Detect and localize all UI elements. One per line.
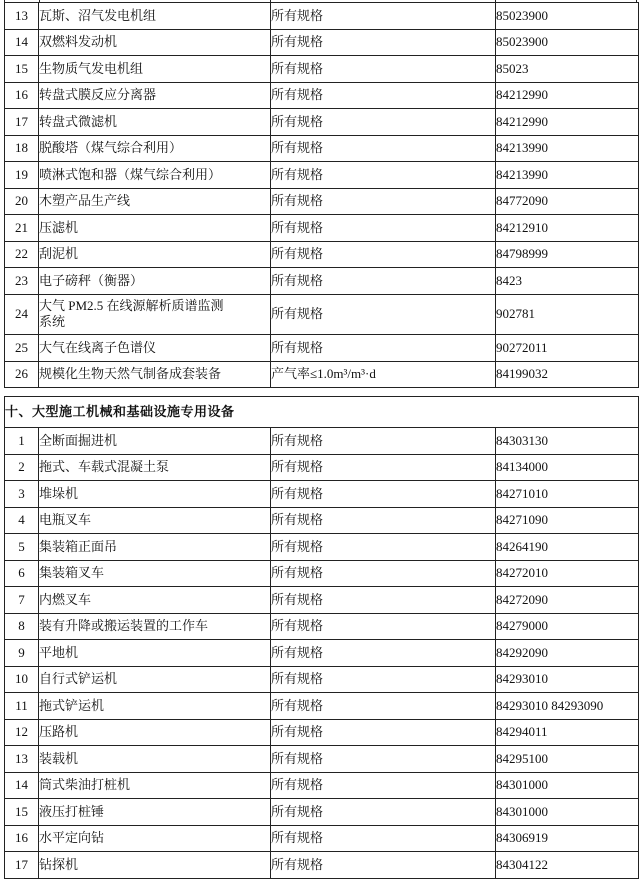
equipment-name-cell: 双燃料发动机 [39, 29, 271, 56]
equipment-name-cell: 内燃叉车 [39, 587, 271, 614]
row-number-cell: 11 [5, 693, 39, 720]
hs-code-cell: 84301000 [496, 772, 639, 799]
equipment-name-cell: 装有升降或搬运装置的工作车 [39, 613, 271, 640]
row-number-cell: 7 [5, 587, 39, 614]
equipment-name-cell: 钻探机 [39, 852, 271, 879]
table-row: 13 瓦斯、沼气发电机组 所有规格 85023900 [5, 3, 639, 30]
hs-code-cell: 84272090 [496, 587, 639, 614]
row-number-cell: 5 [5, 534, 39, 561]
equipment-name-cell: 装载机 [39, 746, 271, 773]
spec-cell: 所有规格 [271, 640, 496, 667]
hs-code-cell: 84212990 [496, 82, 639, 109]
row-number-cell: 20 [5, 188, 39, 215]
hs-code-cell: 84271090 [496, 507, 639, 534]
equipment-name-cell: 集装箱正面吊 [39, 534, 271, 561]
hs-code-cell: 85023900 [496, 29, 639, 56]
spec-cell: 所有规格 [271, 799, 496, 826]
table-row: 12 压路机 所有规格 84294011 [5, 719, 639, 746]
table-row: 1 全断面掘进机 所有规格 84303130 [5, 428, 639, 455]
hs-code-cell: 84199032 [496, 361, 639, 388]
hs-code-cell: 84212910 [496, 215, 639, 242]
row-number-cell: 14 [5, 29, 39, 56]
spec-cell: 所有规格 [271, 613, 496, 640]
table-row: 11 拖式铲运机 所有规格 84293010 84293090 [5, 693, 639, 720]
equipment-name-cell: 刮泥机 [39, 241, 271, 268]
row-number-cell: 6 [5, 560, 39, 587]
equipment-table-upper: 13 瓦斯、沼气发电机组 所有规格 85023900 14 双燃料发动机 所有规… [4, 2, 639, 388]
row-number-cell: 25 [5, 335, 39, 362]
table-row: 25 大气在线离子色谱仪 所有规格 90272011 [5, 335, 639, 362]
row-number-cell: 9 [5, 640, 39, 667]
spec-cell: 所有规格 [271, 746, 496, 773]
row-number-cell: 22 [5, 241, 39, 268]
equipment-name-cell: 转盘式微滤机 [39, 109, 271, 136]
row-number-cell: 17 [5, 109, 39, 136]
row-number-cell: 14 [5, 772, 39, 799]
hs-code-cell: 84271010 [496, 481, 639, 508]
equipment-name-cell: 规模化生物天然气制备成套装备 [39, 361, 271, 388]
spec-cell: 所有规格 [271, 719, 496, 746]
row-number-cell: 2 [5, 454, 39, 481]
row-number-cell: 4 [5, 507, 39, 534]
equipment-name-cell: 筒式柴油打桩机 [39, 772, 271, 799]
hs-code-cell: 85023 [496, 56, 639, 83]
spec-cell: 所有规格 [271, 135, 496, 162]
spec-cell: 所有规格 [271, 507, 496, 534]
row-number-cell: 21 [5, 215, 39, 242]
equipment-name-cell: 生物质气发电机组 [39, 56, 271, 83]
spec-cell: 所有规格 [271, 852, 496, 879]
equipment-name-cell: 电子磅秤（衡器） [39, 268, 271, 295]
spec-cell: 所有规格 [271, 587, 496, 614]
hs-code-cell: 84306919 [496, 825, 639, 852]
table-row: 20 木塑产品生产线 所有规格 84772090 [5, 188, 639, 215]
equipment-name-cell: 大气 PM2.5 在线源解析质谱监测 系统 [39, 294, 271, 335]
hs-code-cell: 84301000 [496, 799, 639, 826]
equipment-name-cell: 电瓶叉车 [39, 507, 271, 534]
row-number-cell: 23 [5, 268, 39, 295]
spec-cell: 所有规格 [271, 241, 496, 268]
table-row: 4 电瓶叉车 所有规格 84271090 [5, 507, 639, 534]
table-row: 15 液压打桩锤 所有规格 84301000 [5, 799, 639, 826]
table-row: 17 钻探机 所有规格 84304122 [5, 852, 639, 879]
table-row: 13 装载机 所有规格 84295100 [5, 746, 639, 773]
equipment-name-cell: 转盘式膜反应分离器 [39, 82, 271, 109]
equipment-name-cell: 拖式、车载式混凝土泵 [39, 454, 271, 481]
equipment-name-cell: 自行式铲运机 [39, 666, 271, 693]
equipment-name-cell: 水平定向钻 [39, 825, 271, 852]
row-number-cell: 17 [5, 852, 39, 879]
hs-code-cell: 8423 [496, 268, 639, 295]
equipment-name-cell: 液压打桩锤 [39, 799, 271, 826]
table-row: 6 集装箱叉车 所有规格 84272010 [5, 560, 639, 587]
hs-code-cell: 85023900 [496, 3, 639, 30]
hs-code-cell: 84279000 [496, 613, 639, 640]
spec-cell: 所有规格 [271, 428, 496, 455]
table-row: 21 压滤机 所有规格 84212910 [5, 215, 639, 242]
table-row: 3 堆垛机 所有规格 84271010 [5, 481, 639, 508]
row-number-cell: 3 [5, 481, 39, 508]
hs-code-cell: 84212990 [496, 109, 639, 136]
table-row: 9 平地机 所有规格 84292090 [5, 640, 639, 667]
hs-code-cell: 84303130 [496, 428, 639, 455]
hs-code-cell: 84213990 [496, 135, 639, 162]
spec-cell: 所有规格 [271, 772, 496, 799]
spec-cell: 所有规格 [271, 56, 496, 83]
row-number-cell: 24 [5, 294, 39, 335]
spec-cell: 所有规格 [271, 29, 496, 56]
equipment-name-cell: 瓦斯、沼气发电机组 [39, 3, 271, 30]
table-row: 14 双燃料发动机 所有规格 85023900 [5, 29, 639, 56]
spec-cell: 所有规格 [271, 560, 496, 587]
spec-cell: 所有规格 [271, 82, 496, 109]
hs-code-cell: 902781 [496, 294, 639, 335]
spec-cell: 所有规格 [271, 693, 496, 720]
hs-code-cell: 90272011 [496, 335, 639, 362]
equipment-name-cell: 压滤机 [39, 215, 271, 242]
equipment-name-cell: 拖式铲运机 [39, 693, 271, 720]
hs-code-cell: 84264190 [496, 534, 639, 561]
spec-cell: 所有规格 [271, 294, 496, 335]
row-number-cell: 16 [5, 825, 39, 852]
row-number-cell: 18 [5, 135, 39, 162]
hs-code-cell: 84772090 [496, 188, 639, 215]
spec-cell: 所有规格 [271, 3, 496, 30]
row-number-cell: 15 [5, 56, 39, 83]
table-row: 18 脱酸塔（煤气综合利用） 所有规格 84213990 [5, 135, 639, 162]
row-number-cell: 16 [5, 82, 39, 109]
spec-cell: 所有规格 [271, 188, 496, 215]
row-number-cell: 13 [5, 746, 39, 773]
table-row: 10 自行式铲运机 所有规格 84293010 [5, 666, 639, 693]
hs-code-cell: 84272010 [496, 560, 639, 587]
spec-cell: 所有规格 [271, 109, 496, 136]
spec-cell: 所有规格 [271, 268, 496, 295]
equipment-name-cell: 大气在线离子色谱仪 [39, 335, 271, 362]
table-row: 15 生物质气发电机组 所有规格 85023 [5, 56, 639, 83]
hs-code-cell: 84294011 [496, 719, 639, 746]
equipment-name-cell: 堆垛机 [39, 481, 271, 508]
table-row: 8 装有升降或搬运装置的工作车 所有规格 84279000 [5, 613, 639, 640]
spec-cell: 所有规格 [271, 825, 496, 852]
hs-code-cell: 84304122 [496, 852, 639, 879]
table-row: 24 大气 PM2.5 在线源解析质谱监测 系统 所有规格 902781 [5, 294, 639, 335]
section-header-row: 十、大型施工机械和基础设施专用设备 [5, 397, 639, 428]
table-row: 26 规模化生物天然气制备成套装备 产气率≤1.0m³/m³·d 8419903… [5, 361, 639, 388]
spec-cell: 所有规格 [271, 215, 496, 242]
table-row: 23 电子磅秤（衡器） 所有规格 8423 [5, 268, 639, 295]
table-row: 22 刮泥机 所有规格 84798999 [5, 241, 639, 268]
table-row: 16 水平定向钻 所有规格 84306919 [5, 825, 639, 852]
table-row: 19 喷淋式饱和器（煤气综合利用） 所有规格 84213990 [5, 162, 639, 189]
equipment-name-cell: 全断面掘进机 [39, 428, 271, 455]
spec-cell: 所有规格 [271, 534, 496, 561]
hs-code-cell: 84292090 [496, 640, 639, 667]
spec-cell: 所有规格 [271, 666, 496, 693]
row-number-cell: 12 [5, 719, 39, 746]
equipment-name-cell: 集装箱叉车 [39, 560, 271, 587]
hs-code-cell: 84798999 [496, 241, 639, 268]
equipment-table-lower: 十、大型施工机械和基础设施专用设备 1 全断面掘进机 所有规格 84303130… [4, 396, 639, 879]
row-number-cell: 13 [5, 3, 39, 30]
hs-code-cell: 84134000 [496, 454, 639, 481]
row-number-cell: 26 [5, 361, 39, 388]
table-row: 5 集装箱正面吊 所有规格 84264190 [5, 534, 639, 561]
row-number-cell: 19 [5, 162, 39, 189]
equipment-name-cell: 喷淋式饱和器（煤气综合利用） [39, 162, 271, 189]
equipment-name-cell: 压路机 [39, 719, 271, 746]
spec-cell: 产气率≤1.0m³/m³·d [271, 361, 496, 388]
hs-code-cell: 84213990 [496, 162, 639, 189]
hs-code-cell: 84293010 [496, 666, 639, 693]
table-row: 2 拖式、车载式混凝土泵 所有规格 84134000 [5, 454, 639, 481]
spec-cell: 所有规格 [271, 335, 496, 362]
table-row: 17 转盘式微滤机 所有规格 84212990 [5, 109, 639, 136]
row-number-cell: 1 [5, 428, 39, 455]
equipment-name-cell: 木塑产品生产线 [39, 188, 271, 215]
equipment-name-cell: 平地机 [39, 640, 271, 667]
row-number-cell: 8 [5, 613, 39, 640]
spec-cell: 所有规格 [271, 162, 496, 189]
table-row: 14 筒式柴油打桩机 所有规格 84301000 [5, 772, 639, 799]
spec-cell: 所有规格 [271, 454, 496, 481]
document-page: 13 瓦斯、沼气发电机组 所有规格 85023900 14 双燃料发动机 所有规… [0, 0, 640, 890]
hs-code-cell: 84293010 84293090 [496, 693, 639, 720]
section-title: 十、大型施工机械和基础设施专用设备 [5, 397, 639, 428]
table-row: 7 内燃叉车 所有规格 84272090 [5, 587, 639, 614]
row-number-cell: 15 [5, 799, 39, 826]
table-row: 16 转盘式膜反应分离器 所有规格 84212990 [5, 82, 639, 109]
equipment-name-cell: 脱酸塔（煤气综合利用） [39, 135, 271, 162]
spec-cell: 所有规格 [271, 481, 496, 508]
hs-code-cell: 84295100 [496, 746, 639, 773]
row-number-cell: 10 [5, 666, 39, 693]
